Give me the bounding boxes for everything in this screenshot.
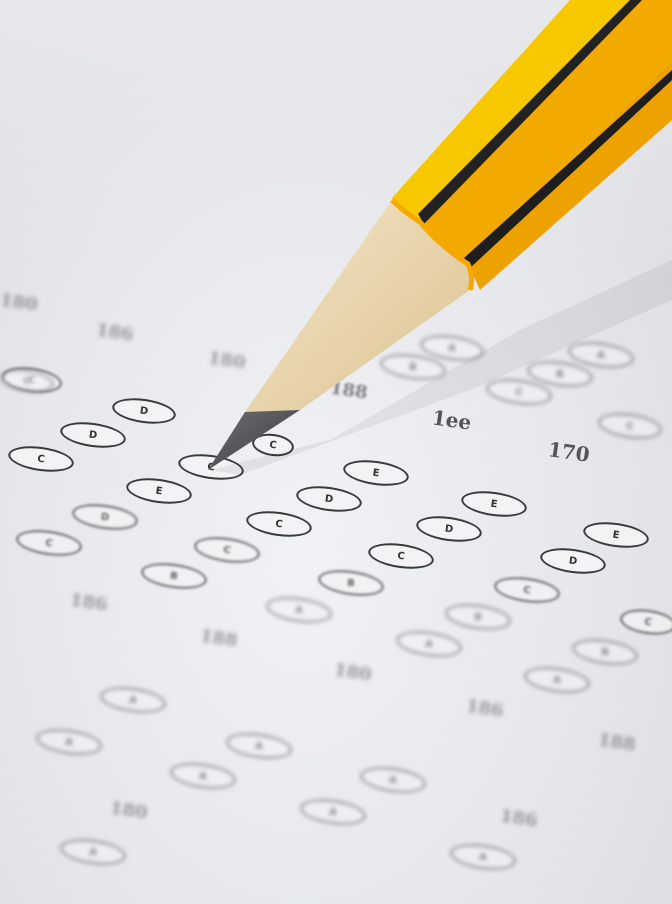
answer-bubble: B: [140, 560, 209, 593]
answer-bubble: A: [35, 726, 104, 759]
answer-bubble: A: [299, 796, 368, 829]
depth-of-field-haze: [0, 0, 672, 260]
answer-bubble: D: [111, 395, 178, 428]
answer-bubble: A: [59, 836, 128, 869]
question-number: 180: [109, 797, 149, 823]
answer-bubble: D: [295, 483, 364, 516]
question-number: 186: [69, 589, 109, 615]
answer-bubble: C: [493, 574, 562, 607]
answer-bubble: E: [125, 475, 194, 508]
answer-bubble: C: [251, 431, 296, 459]
answer-bubble: A: [169, 760, 238, 793]
question-number: 1ee: [431, 405, 473, 434]
question-number: 188: [597, 729, 637, 755]
answer-bubble: A: [523, 664, 592, 697]
answer-bubble: C: [177, 451, 246, 484]
answer-bubble: D: [415, 513, 484, 546]
answer-bubble: C: [193, 534, 262, 567]
photo-scene: CDDCCCEEDEDEDCCDCCBBCABCABACCBCBAAAAAAAA…: [0, 0, 672, 904]
answer-bubble: D: [59, 419, 128, 452]
answer-bubble: E: [582, 519, 651, 552]
question-number: 188: [199, 625, 239, 651]
question-number: 188: [329, 377, 369, 403]
answer-bubble: C: [15, 527, 84, 560]
answer-bubble: C: [367, 540, 436, 573]
question-number: 186: [95, 319, 135, 345]
answer-bubble: A: [225, 730, 294, 763]
answer-bubble: A: [99, 684, 168, 717]
answer-bubble: C: [619, 606, 672, 638]
answer-bubble: D: [539, 545, 608, 578]
answer-bubble: A: [265, 594, 334, 627]
answer-bubble: D: [71, 501, 140, 534]
answer-bubble: E: [460, 488, 529, 521]
question-number: 180: [207, 347, 247, 373]
answer-bubble: C: [245, 508, 314, 541]
question-number: 180: [0, 289, 39, 315]
answer-bubble: C: [597, 410, 664, 443]
answer-bubble: A: [359, 764, 428, 797]
answer-bubble: C: [7, 443, 76, 476]
question-number: 186: [465, 695, 505, 721]
answer-bubble: A: [449, 841, 518, 874]
answer-bubble: B: [571, 636, 640, 669]
answer-bubble: B: [317, 567, 386, 600]
answer-bubble: A: [395, 628, 464, 661]
question-number: 180: [333, 659, 373, 685]
question-number: 186: [499, 805, 539, 831]
answer-bubble: E: [342, 457, 411, 490]
question-number: 170: [547, 437, 592, 467]
answer-bubble: B: [444, 601, 513, 634]
